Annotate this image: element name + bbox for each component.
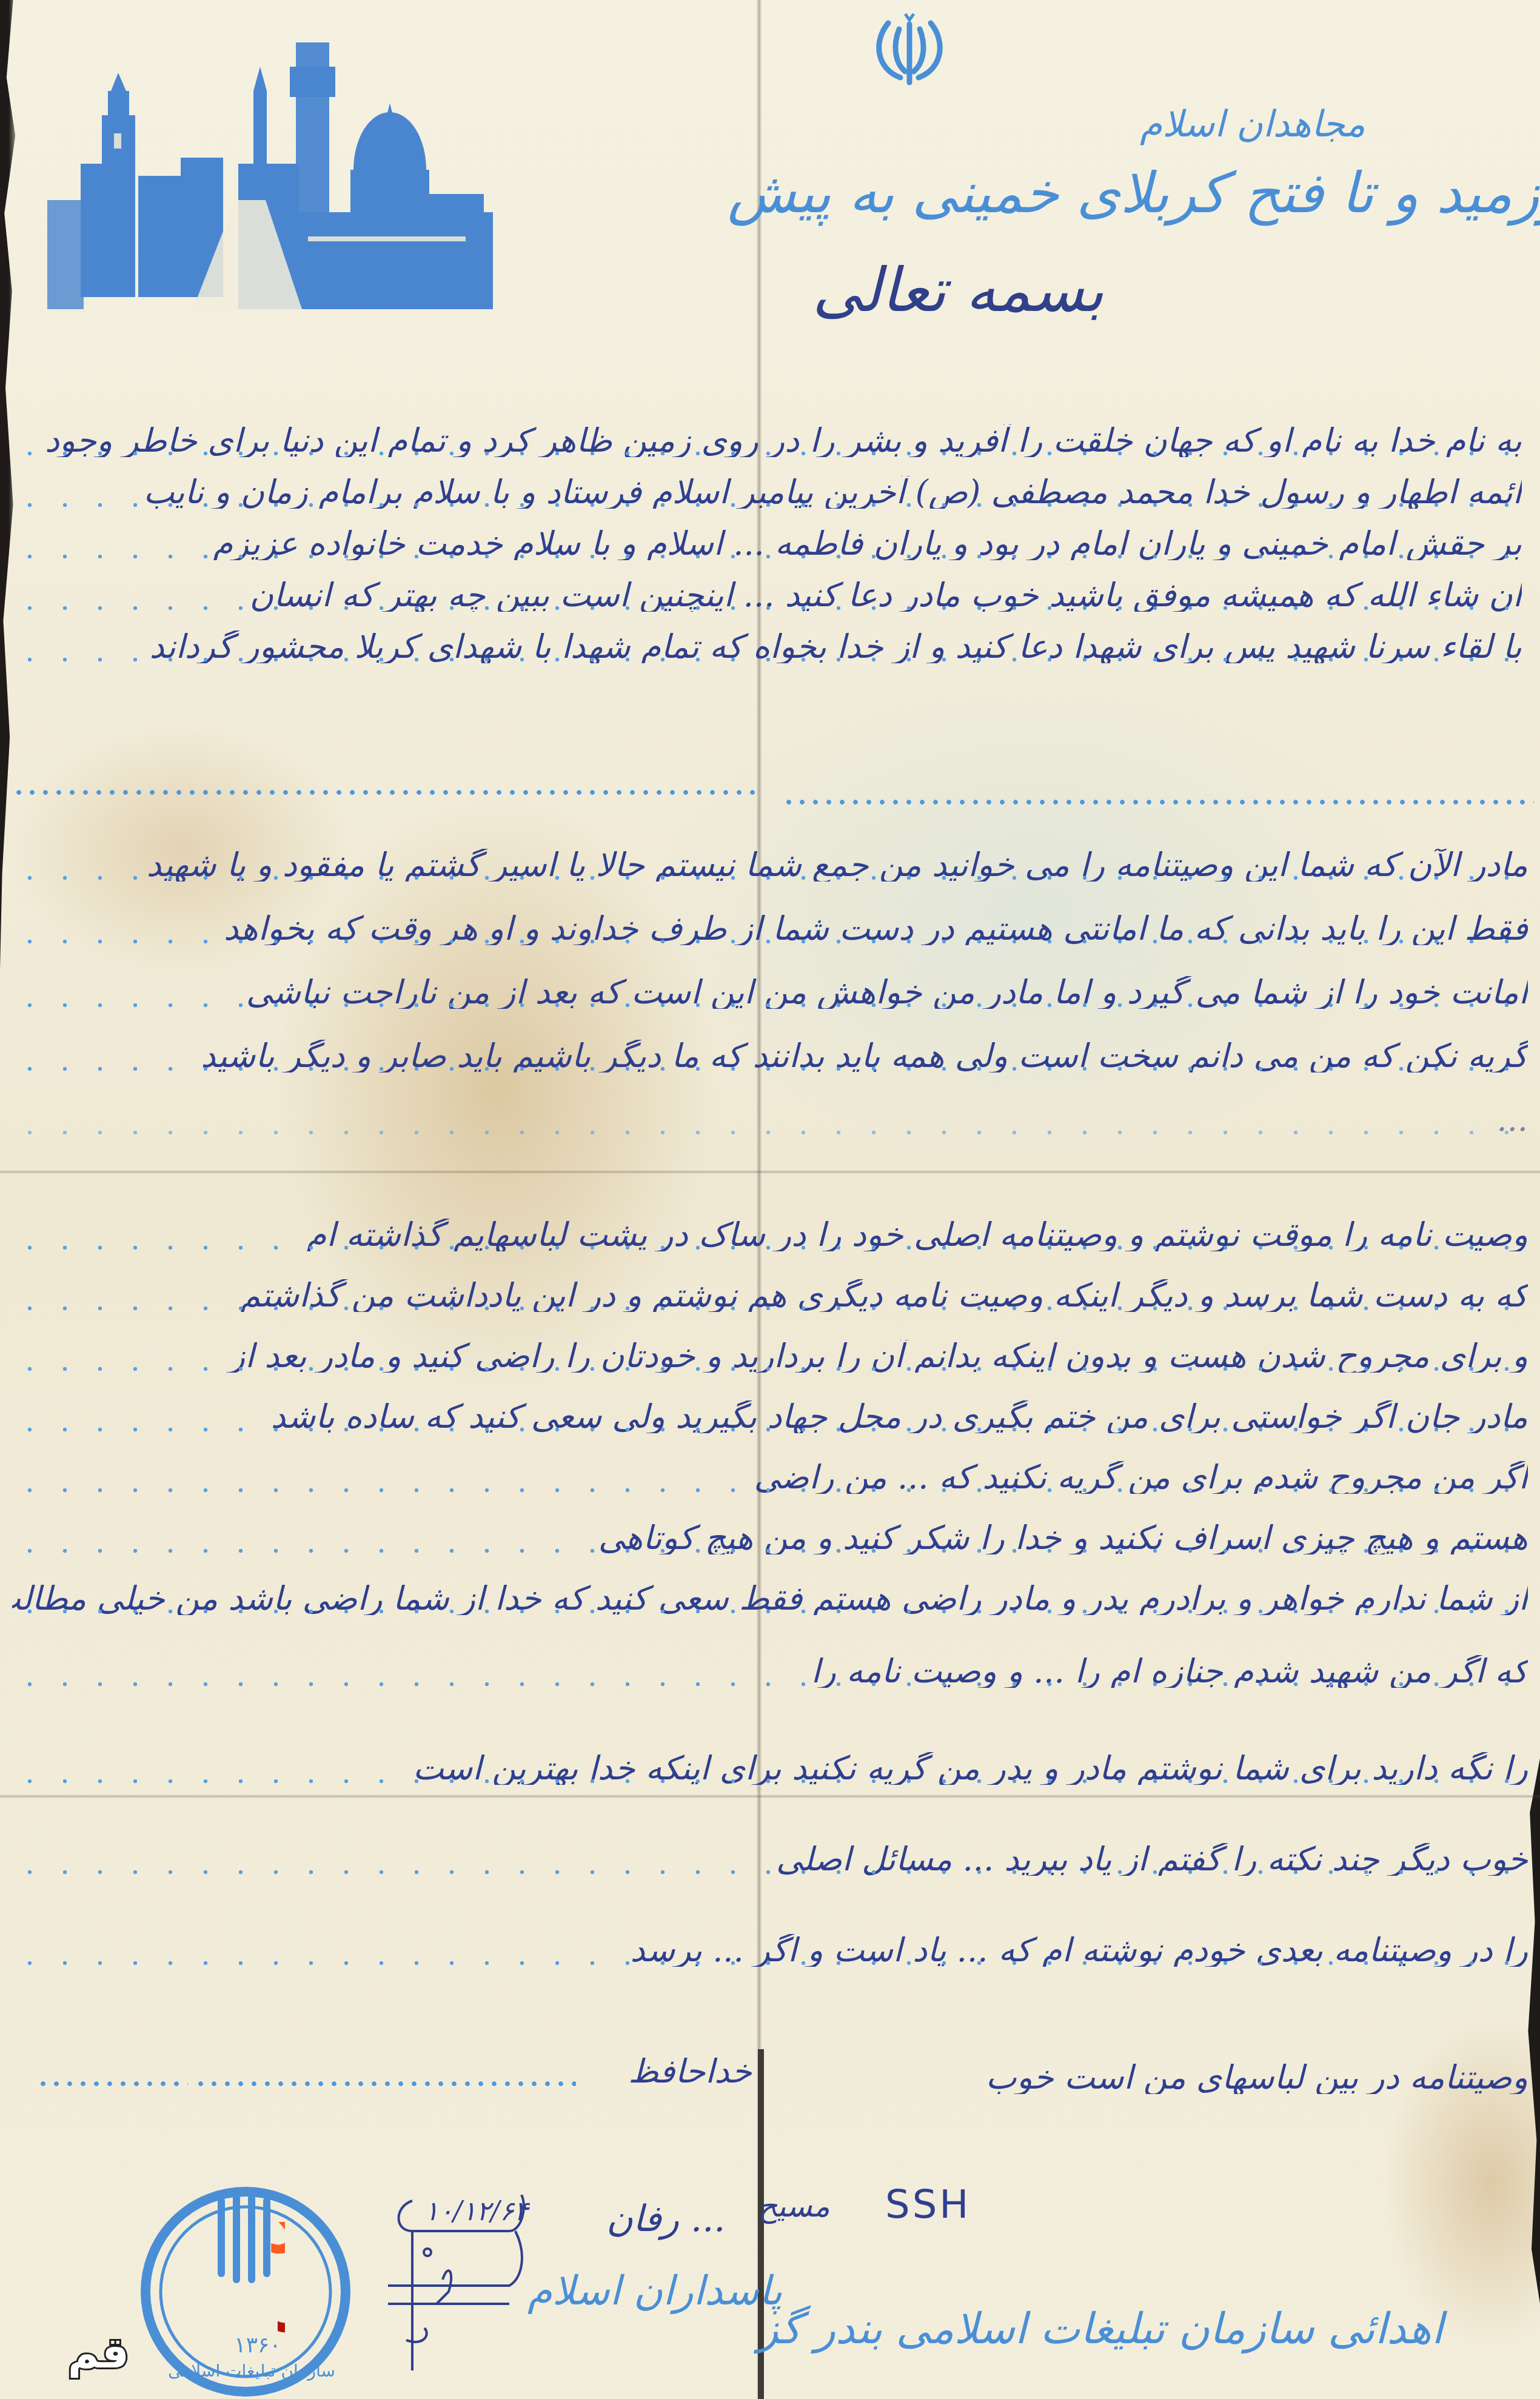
signer-initials: SSH — [885, 2183, 971, 2227]
fold-crease-horizontal — [0, 1170, 1540, 1174]
letterhead-subtitle: مجاهدان اسلام — [1140, 103, 1365, 146]
closing-farewell: خداحافظ — [570, 2055, 752, 2088]
basmala-heading: بسمه تعالی — [812, 255, 1104, 326]
footer-recipient: پاسداران اسلام — [527, 2267, 782, 2314]
handwritten-line: وصیتنامه در بین لباسهای من است خوب — [986, 2061, 1528, 2094]
dotted-separator — [782, 799, 1534, 805]
dotted-separator — [194, 2081, 576, 2087]
dotted-separator — [12, 789, 758, 795]
shrine-illustration — [47, 42, 493, 309]
paper-background — [0, 0, 1540, 2399]
letterhead-motto: حسین گونه برزمید و تا فتح کربلای خمینی ب… — [728, 161, 1540, 226]
signer-name-fragment: ... رفان — [606, 2198, 725, 2240]
dotted-separator — [36, 2081, 188, 2087]
seal-text: سازمان تبلیغات اسلامی — [168, 2361, 335, 2381]
fold-crease-vertical — [757, 0, 762, 2399]
logo-city-label: قم — [68, 2328, 129, 2378]
signature-date: ۱۰/۱۲/۶۴ — [424, 2196, 528, 2227]
signer-note: مسیح — [758, 2189, 830, 2224]
footer-donor: اهدائی سازمان تبلیغات اسلامی بندر گز — [758, 2304, 1443, 2354]
iran-emblem-icon — [870, 11, 949, 87]
fold-crease-horizontal — [0, 1795, 1540, 1798]
logo-word-bottom: نوید — [273, 2258, 285, 2350]
